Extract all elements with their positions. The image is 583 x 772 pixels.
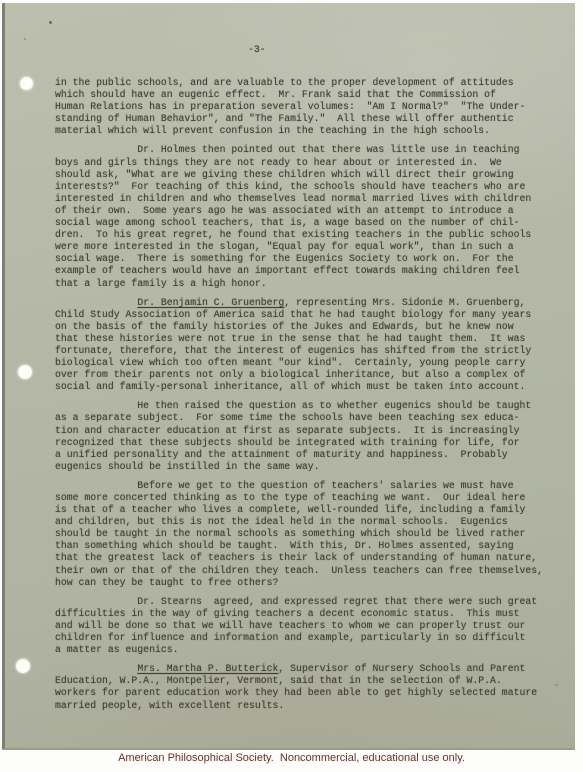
text-line: of their own. Some years ago he was asso…: [55, 205, 555, 217]
text-line: as a separate subject. For some time the…: [55, 412, 555, 424]
text-line: social wage. There is something for the …: [55, 253, 555, 265]
text-line: on the basis of the family histories of …: [55, 321, 555, 333]
text-line: a unified personality and the attainment…: [55, 449, 555, 461]
scanned-page: -3- in the public schools, and are valua…: [2, 3, 575, 750]
text-line: children for influence and information a…: [55, 632, 555, 644]
paragraph: Mrs. Martha P. Butterick, Supervisor of …: [55, 663, 555, 711]
text-line: boys and girls things they are not ready…: [55, 157, 555, 169]
page-number: -3-: [248, 44, 266, 55]
text-line: eugenics should be instilled in the same…: [55, 461, 555, 473]
text-line: dren. To his great regret, he found that…: [55, 229, 555, 241]
paragraph: in the public schools, and are valuable …: [55, 77, 555, 137]
underlined-name: Mrs. Martha P. Butterick: [137, 663, 278, 674]
text-line: standing of Human Behavior", and "The Fa…: [55, 113, 555, 125]
text-line: how can they be taught to free others?: [55, 577, 555, 589]
text-line: in the public schools, and are valuable …: [55, 77, 555, 89]
text-line: interests?" For teaching of this kind, t…: [55, 181, 555, 193]
paragraph: He then raised the question as to whethe…: [55, 400, 555, 473]
text-line: Before we get to the question of teacher…: [55, 480, 555, 492]
text-line: which should have an eugenic effect. Mr.…: [55, 89, 555, 101]
text-line: and will be done so that we will have te…: [55, 620, 555, 632]
text-line: He then raised the question as to whethe…: [55, 400, 555, 412]
text-line: difficulties in the way of giving teache…: [55, 608, 555, 620]
paragraph: Dr. Stearns agreed, and expressed regret…: [55, 596, 555, 656]
hole-punch: [18, 365, 32, 379]
credit-bar: American Philosophical Society. Noncomme…: [0, 750, 583, 772]
text-line: than something which should be taught. W…: [55, 540, 555, 552]
text-line: workers for parent education work they h…: [55, 687, 555, 699]
underlined-name: Dr. Benjamin C. Gruenberg: [137, 297, 284, 308]
document-scan-viewer: -3- in the public schools, and are valua…: [0, 0, 583, 772]
text-line: that these histories were not true in th…: [55, 333, 555, 345]
text-line: over from their parents not only a biolo…: [55, 369, 555, 381]
text-line: Dr. Benjamin C. Gruenberg, representing …: [55, 297, 555, 309]
text-line: their own or that of the children they t…: [55, 565, 555, 577]
hole-punch: [20, 77, 33, 90]
text-line: is that of a teacher who lives a complet…: [55, 504, 555, 516]
typewritten-body: in the public schools, and are valuable …: [55, 77, 555, 719]
text-line: social wage among school teachers, that …: [55, 217, 555, 229]
text-line: interested in children and who themselve…: [55, 193, 555, 205]
text-line: that a large family is a high honor.: [55, 278, 555, 290]
paragraph: Dr. Holmes then pointed out that there w…: [55, 144, 555, 289]
text-line: should be taught in the normal schools a…: [55, 528, 555, 540]
paragraph: Before we get to the question of teacher…: [55, 480, 555, 589]
text-line: fortunate, therefore, that the interest …: [55, 345, 555, 357]
text-line: tion and character education at first as…: [55, 425, 555, 437]
text-line: that the greatest lack of teachers is th…: [55, 552, 555, 564]
text-line: example of teachers would have an import…: [55, 265, 555, 277]
paragraph: Dr. Benjamin C. Gruenberg, representing …: [55, 297, 555, 394]
text-line: social and family-personal inheritance, …: [55, 381, 555, 393]
text-line: Child Study Association of America said …: [55, 309, 555, 321]
hole-punch: [16, 659, 30, 673]
text-line: were more interested in the slogan, "Equ…: [55, 241, 555, 253]
text-line: some more concerted thinking as to the t…: [55, 492, 555, 504]
text-line: recognized that these subjects should be…: [55, 437, 555, 449]
text-line: married people, with excellent results.: [55, 700, 555, 712]
text-line: Education, W.P.A., Montpelier, Vermont, …: [55, 675, 555, 687]
text-line: Mrs. Martha P. Butterick, Supervisor of …: [55, 663, 555, 675]
text-line: and children, but this is not the ideal …: [55, 516, 555, 528]
text-line: a matter as eugenics.: [55, 644, 555, 656]
text-line: biological view which too often meant "o…: [55, 357, 555, 369]
credit-text: American Philosophical Society. Noncomme…: [0, 752, 583, 764]
text-line: Human Relations has in preparation sever…: [55, 101, 555, 113]
paper-speck: [49, 21, 52, 24]
paper-speck: [24, 38, 26, 40]
text-line: Dr. Stearns agreed, and expressed regret…: [55, 596, 555, 608]
paper-speck: [555, 684, 558, 686]
text-line: material which will prevent confusion in…: [55, 125, 555, 137]
text-line: Dr. Holmes then pointed out that there w…: [55, 144, 555, 156]
text-line: should ask, "What are we giving these ch…: [55, 169, 555, 181]
